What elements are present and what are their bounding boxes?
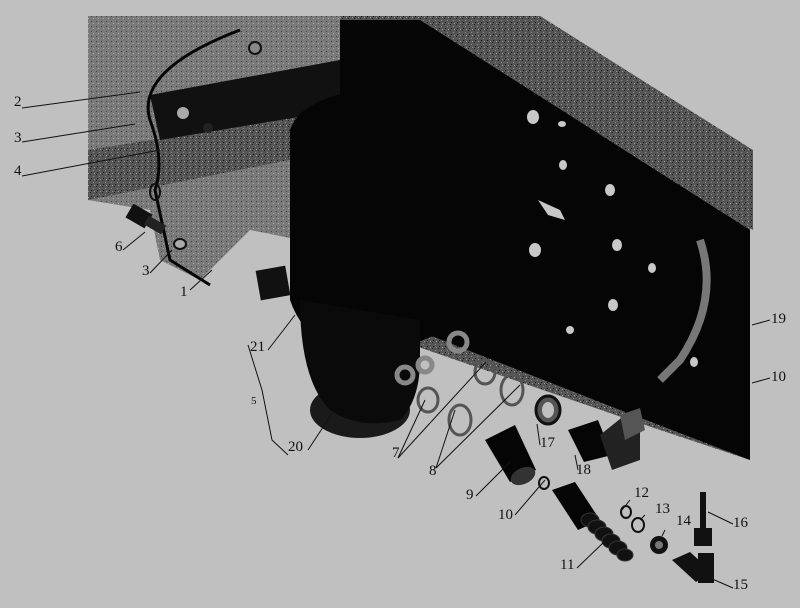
callout-5: 5 — [251, 396, 257, 407]
callout-11: 11 — [560, 558, 574, 573]
callout-12: 12 — [634, 486, 649, 501]
callout-3-upper: 3 — [14, 131, 22, 146]
callout-21: 21 — [250, 340, 265, 355]
callout-1: 1 — [180, 285, 188, 300]
callout-17: 17 — [540, 436, 555, 451]
callout-20: 20 — [288, 440, 303, 455]
elbow-fitting-18 — [568, 408, 645, 470]
callout-7: 7 — [392, 446, 400, 461]
callout-10-upper: 10 — [771, 370, 786, 385]
callout-15: 15 — [733, 578, 748, 593]
callout-14: 14 — [676, 514, 691, 529]
callout-2: 2 — [14, 95, 22, 110]
elbow-fitting-15 — [672, 552, 714, 583]
callout-18: 18 — [576, 463, 591, 478]
bolt-16 — [694, 492, 712, 546]
callout-4: 4 — [14, 164, 22, 179]
nut-17 — [536, 396, 560, 424]
callout-9: 9 — [466, 488, 474, 503]
callout-8: 8 — [429, 464, 437, 479]
spring-plunger-11 — [552, 482, 633, 561]
callout-13: 13 — [655, 502, 670, 517]
callout-6: 6 — [115, 240, 123, 255]
callout-3-lower: 3 — [142, 264, 150, 279]
washer-14 — [650, 536, 668, 554]
callout-19: 19 — [771, 312, 786, 327]
callout-16: 16 — [733, 516, 748, 531]
callout-10-lower: 10 — [498, 508, 513, 523]
